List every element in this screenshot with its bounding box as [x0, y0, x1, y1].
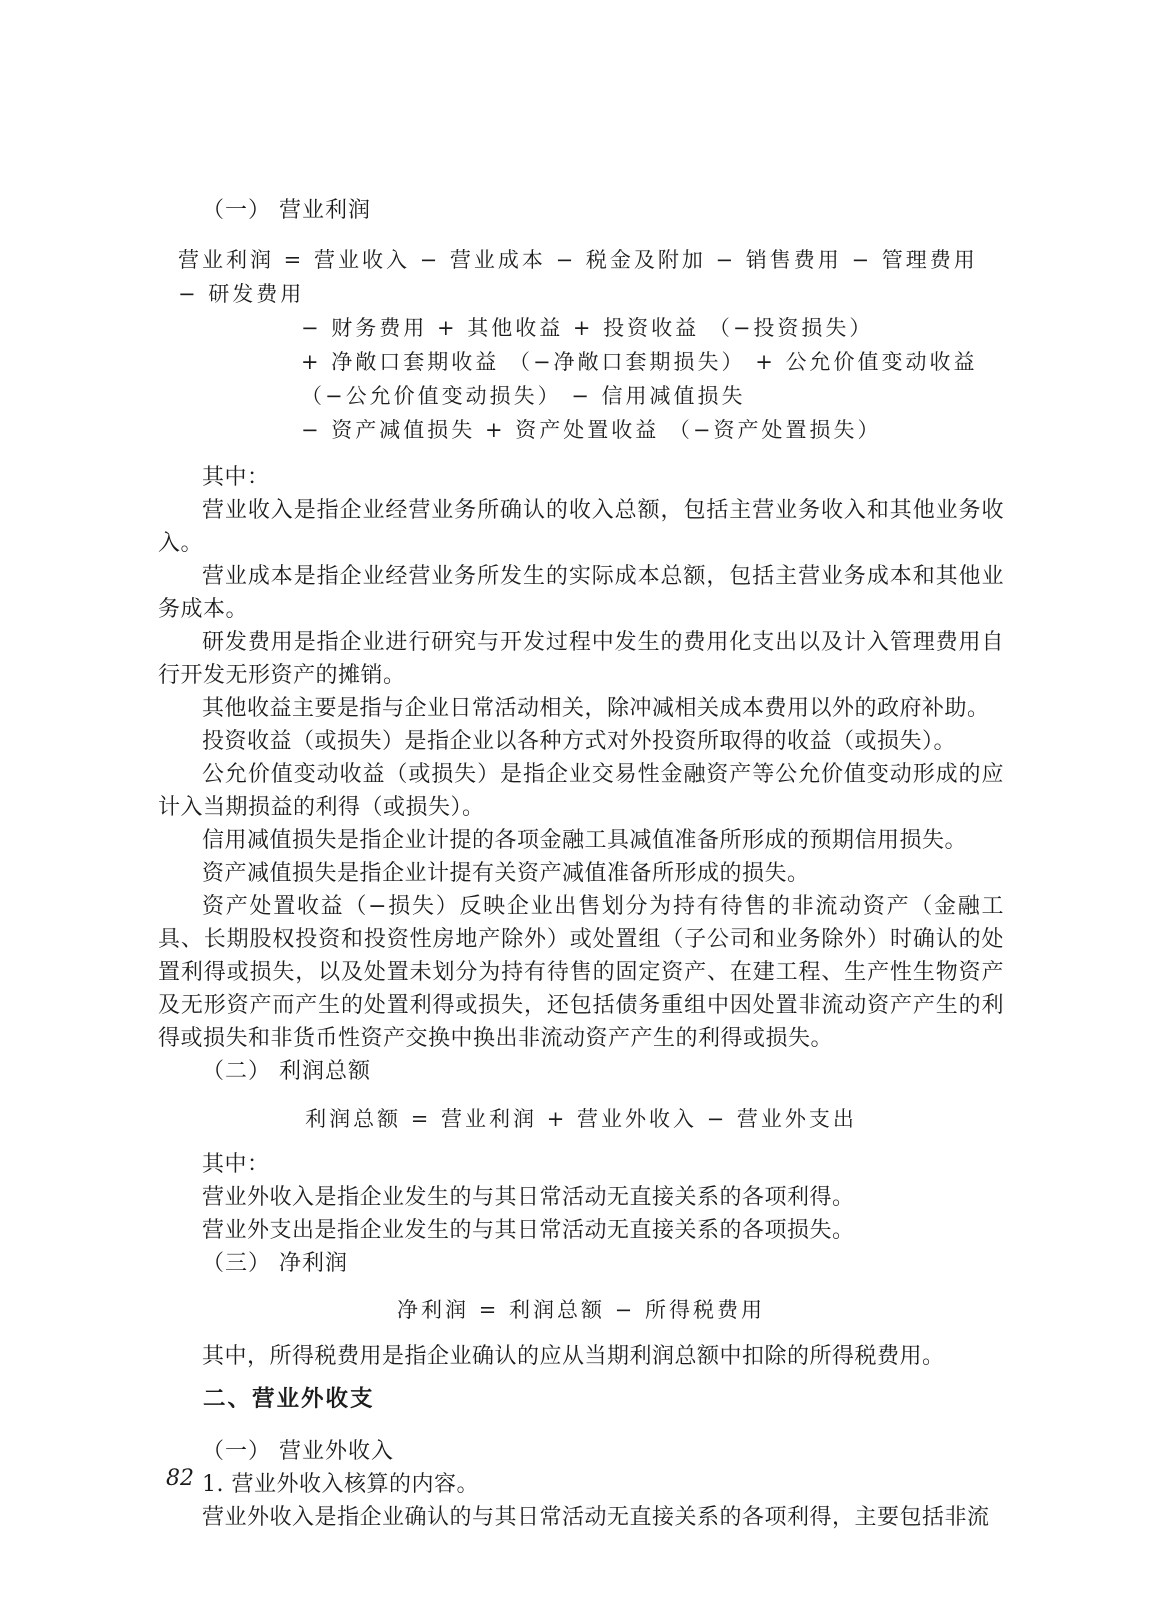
paragraph-asset-disposal: 资产处置收益（−损失）反映企业出售划分为持有待售的非流动资产（金融工具、长期股权…: [158, 890, 1004, 1055]
operating-profit-formula: 营业利润 = 营业收入 − 营业成本 − 税金及附加 − 销售费用 − 管理费用…: [158, 243, 1004, 447]
page-number: 82: [166, 1462, 194, 1495]
formula-line: − 财务费用 + 其他收益 + 投资收益 （−投资损失）: [301, 311, 1004, 345]
list-item-non-operating-income-content: 1. 营业外收入核算的内容。: [158, 1468, 1004, 1501]
paragraph-income-tax: 其中，所得税费用是指企业确认的应从当期利润总额中扣除的所得税费用。: [158, 1340, 1004, 1373]
chapter-heading-non-operating: 二、营业外收支: [158, 1383, 1004, 1416]
paragraph-fair-value-change: 公允价值变动收益（或损失）是指企业交易性金融资产等公允价值变动形成的应计入当期损…: [158, 758, 1004, 824]
section-heading-non-operating-income: （一） 营业外收入: [158, 1435, 1004, 1468]
total-profit-formula: 利润总额 = 营业利润 + 营业外收入 − 营业外支出: [158, 1102, 1004, 1136]
section-heading-total-profit: （二） 利润总额: [158, 1055, 1004, 1088]
paragraph-non-operating-expense-def: 营业外支出是指企业发生的与其日常活动无直接关系的各项损失。: [158, 1214, 1004, 1247]
content-area: （一） 营业利润 营业利润 = 营业收入 − 营业成本 − 税金及附加 − 销售…: [158, 194, 1004, 1534]
net-profit-formula: 净利润 = 利润总额 − 所得税费用: [158, 1293, 1004, 1327]
paragraph-asset-impairment: 资产减值损失是指企业计提有关资产减值准备所形成的损失。: [158, 857, 1004, 890]
document-page: （一） 营业利润 营业利润 = 营业收入 − 营业成本 − 税金及附加 − 销售…: [0, 0, 1156, 1600]
formula-line: （−公允价值变动损失） − 信用减值损失: [301, 379, 1004, 413]
paragraph-operating-revenue: 营业收入是指企业经营业务所确认的收入总额，包括主营业务收入和其他业务收入。: [158, 494, 1004, 560]
paragraph-investment-income: 投资收益（或损失）是指企业以各种方式对外投资所取得的收益（或损失）。: [158, 725, 1004, 758]
section-heading-net-profit: （三） 净利润: [158, 1247, 1004, 1280]
formula-line: 营业利润 = 营业收入 − 营业成本 − 税金及附加 − 销售费用 − 管理费用…: [178, 243, 1004, 311]
section-heading-operating-profit: （一） 营业利润: [158, 194, 1004, 227]
paragraph-credit-impairment: 信用减值损失是指企业计提的各项金融工具减值准备所形成的预期信用损失。: [158, 824, 1004, 857]
formula-line: − 资产减值损失 + 资产处置收益 （−资产处置损失）: [301, 413, 1004, 447]
paragraph-non-operating-income-intro: 营业外收入是指企业确认的与其日常活动无直接关系的各项利得，主要包括非流: [158, 1501, 1004, 1534]
paragraph-other-income: 其他收益主要是指与企业日常活动相关，除冲减相关成本费用以外的政府补助。: [158, 692, 1004, 725]
paragraph-rd-expense: 研发费用是指企业进行研究与开发过程中发生的费用化支出以及计入管理费用自行开发无形…: [158, 626, 1004, 692]
notes-lead: 其中：: [158, 461, 1004, 494]
notes-lead: 其中：: [158, 1148, 1004, 1181]
formula-line: + 净敞口套期收益 （−净敞口套期损失） + 公允价值变动收益: [301, 345, 1004, 379]
paragraph-non-operating-income-def: 营业外收入是指企业发生的与其日常活动无直接关系的各项利得。: [158, 1181, 1004, 1214]
paragraph-operating-cost: 营业成本是指企业经营业务所发生的实际成本总额，包括主营业务成本和其他业务成本。: [158, 560, 1004, 626]
